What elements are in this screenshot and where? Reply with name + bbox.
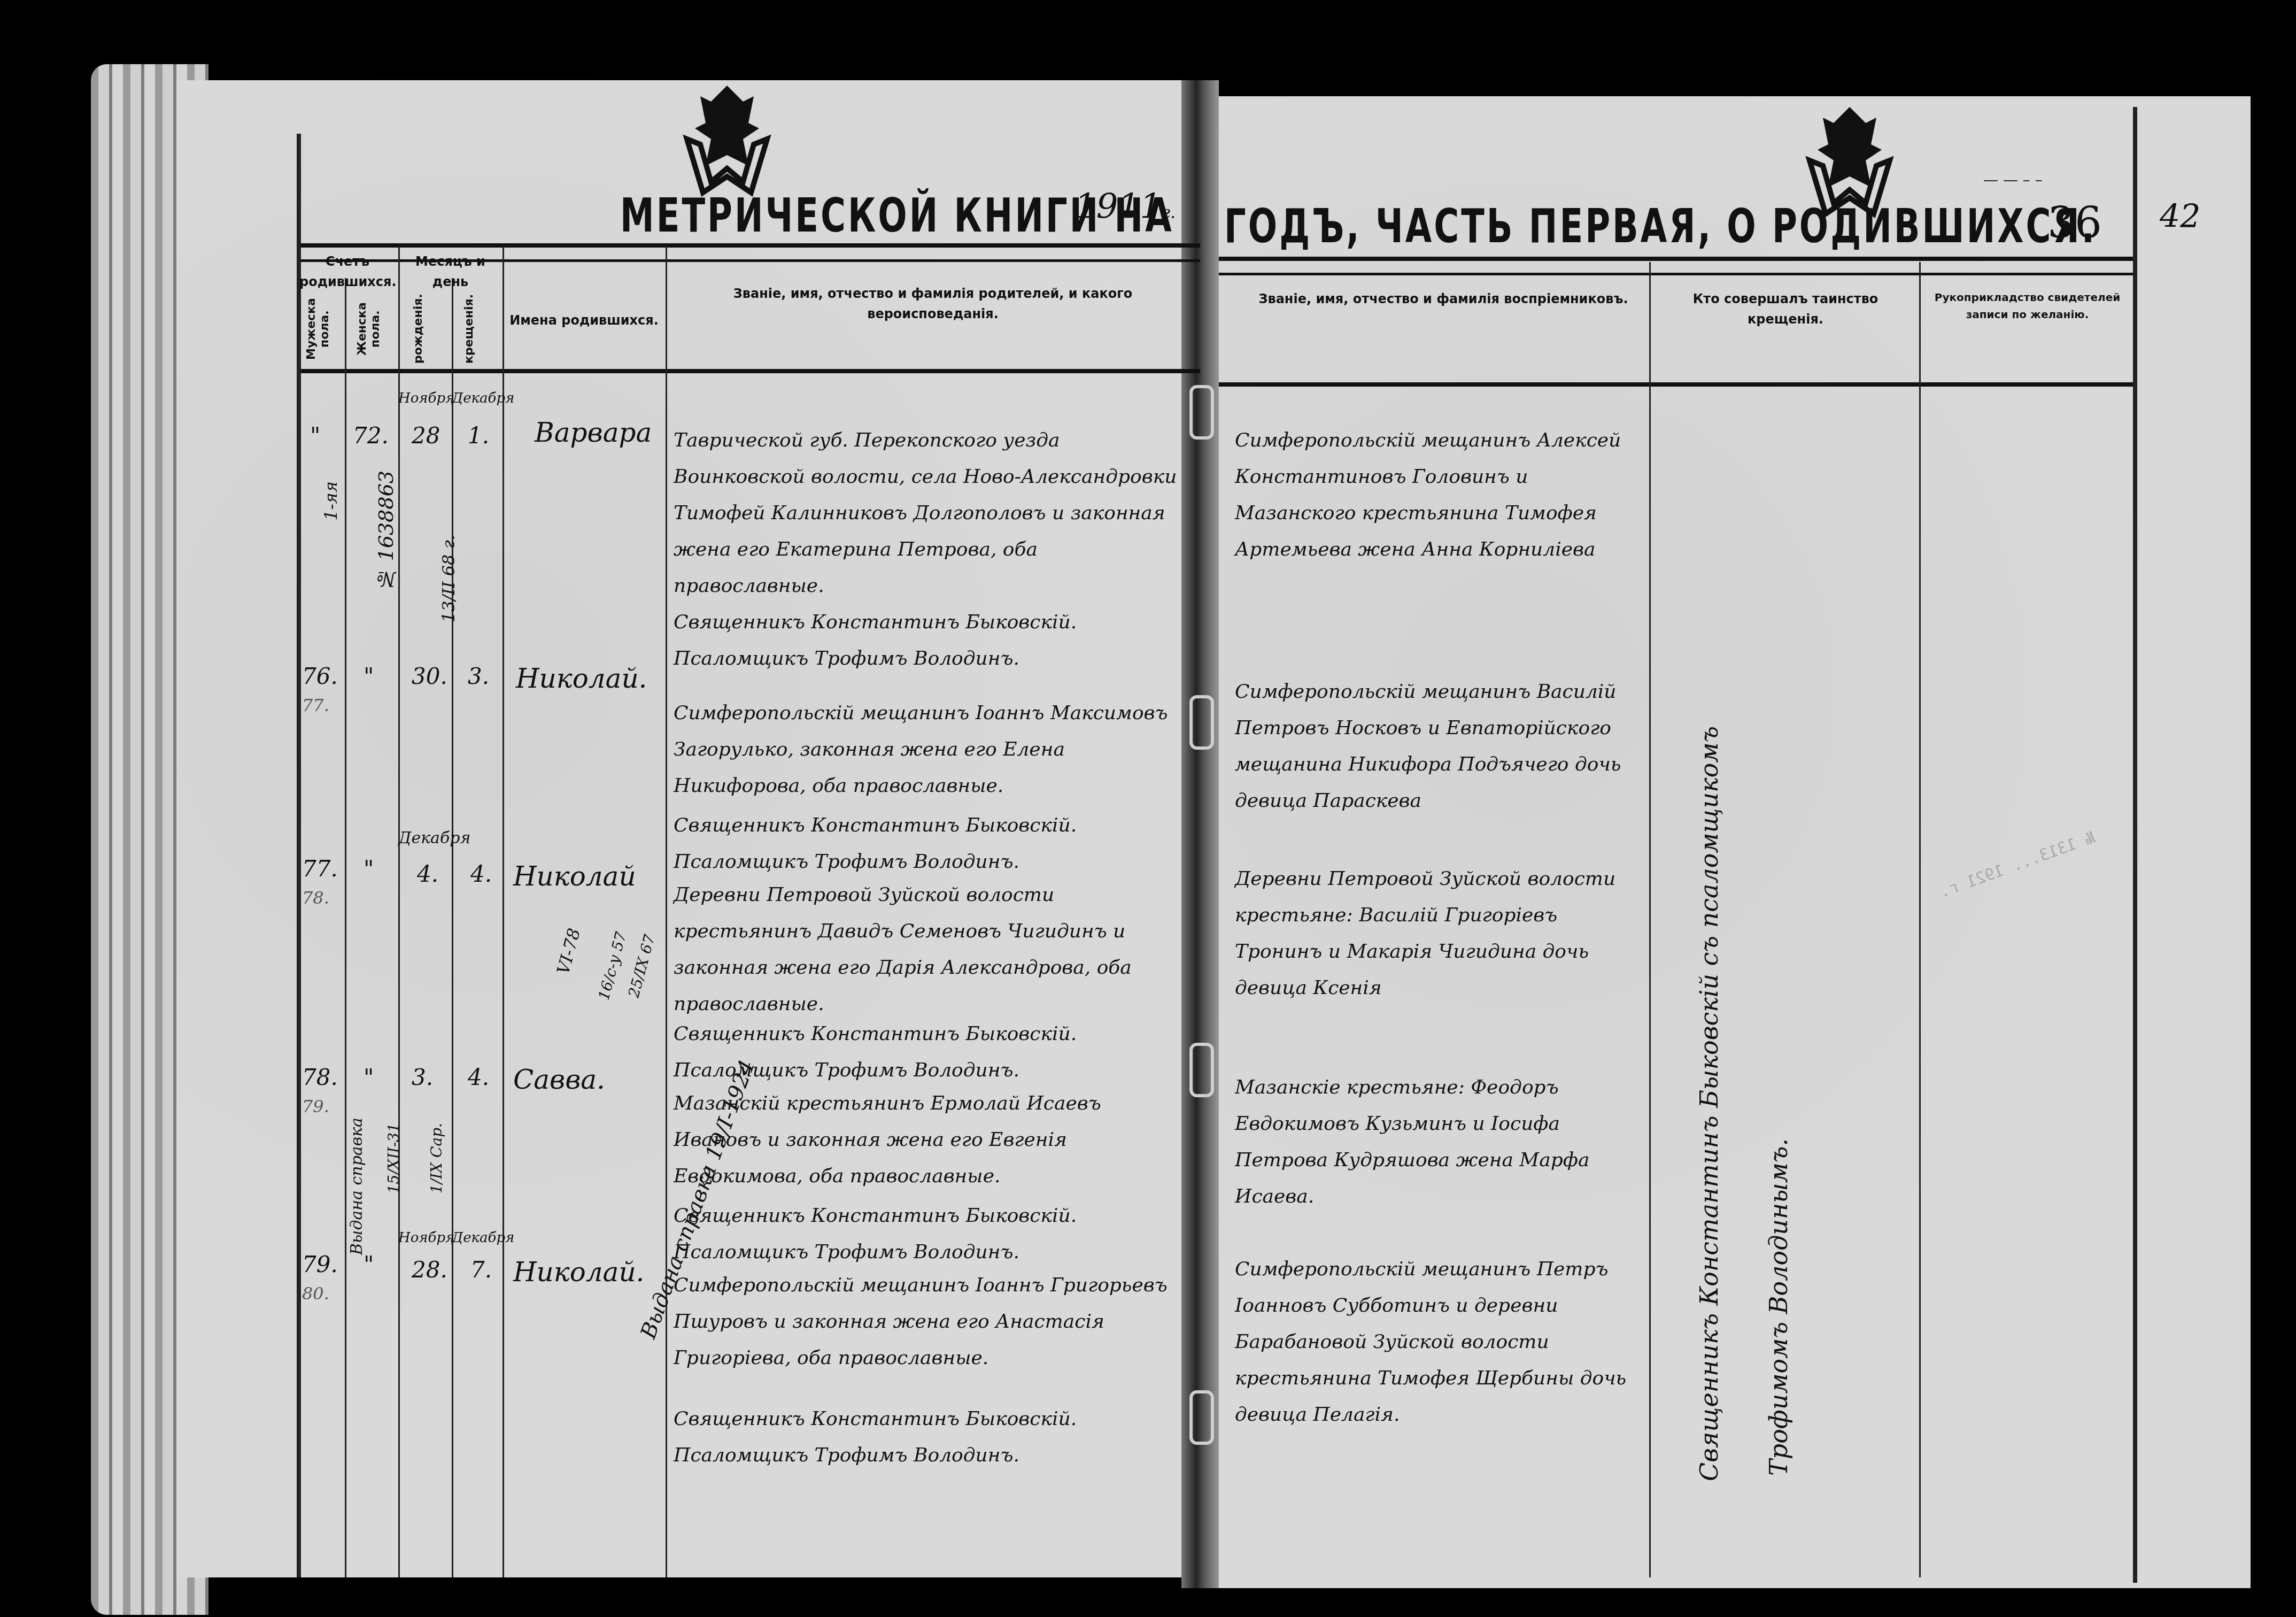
godparents-text: Деревни Петровой Зуйской волости крестья… [1235,861,1641,1006]
performed-by-line1: Священникъ Константинъ Быковскій съ псал… [1695,385,1723,1481]
col-divider [345,278,346,1577]
female-count: 72. [353,422,389,449]
margin-note: Выдана справка [347,1118,366,1255]
header-performed-by: Кто совершалъ таинство крещенія. [1657,289,1914,330]
baptism-month: Декабря [452,1230,514,1246]
header-count-female: Женска пола. [355,289,382,369]
header-bottom-rule-left [297,369,1200,376]
binding-string [1189,385,1214,440]
baptism-day: 3. [468,663,489,689]
female-count: " [364,1251,374,1277]
female-count: " [364,856,374,882]
header-bottom-rule-right [1219,382,2133,390]
col-divider [452,278,453,1577]
binding-string [1189,1043,1214,1097]
male-count-pencil: 77. [302,695,329,715]
header-child-name: Имена родившихся. [505,310,663,330]
margin-note: 15/XII-31 [385,1123,403,1193]
male-count-pencil: 78. [302,888,329,908]
clergy-text: Священникъ Константинъ Быковскій. Псалом… [674,807,1181,880]
clergy-text: Священникъ Константинъ Быковскій. Псалом… [674,604,1181,677]
birth-month: Ноября [398,390,454,406]
margin-note: № 1638863 [374,471,398,591]
parents-text: Таврической губ. Перекопского уезда Воин… [674,422,1181,604]
col-divider [1649,262,1651,1577]
col-divider [666,246,667,1577]
col-divider [398,246,400,1577]
performed-by-line2: Трофимомъ Володинымъ. [1764,1005,1793,1476]
binding-string [1189,695,1214,750]
top-dashes: — — – – [1983,171,2043,189]
baptism-day: 1. [468,422,489,449]
child-name: Николай. [513,1257,645,1288]
birth-day: 28. [412,1257,447,1283]
header-witness: Рукоприкладство свидетелей записи по жел… [1924,289,2130,323]
male-count: " [310,422,320,449]
child-name: Николай. [516,663,647,694]
header-date: Месяцъ и день [401,251,500,292]
birth-day: 4. [417,861,438,887]
year-value: 1911 [1074,187,1162,227]
male-count: 78. [302,1064,338,1090]
female-count: " [364,1064,374,1090]
corner-mark: 42 [2160,198,2200,235]
col-divider [1919,262,1921,1577]
header-rule-right [1219,257,2133,275]
godparents-text: Симферопольскій мещанинъ Алексей Констан… [1235,422,1641,568]
godparents-text: Симферопольскій мещанинъ Петръ Іоанновъ … [1235,1251,1641,1433]
parents-text: Симферопольскій мещанинъ Іоаннъ Григорье… [674,1267,1181,1376]
baptism-day: 4. [470,861,492,887]
female-count: " [364,663,374,689]
male-count: 79. [302,1251,338,1277]
header-parents: Званіе, имя, отчество и фамилія родителе… [674,283,1192,325]
baptism-month: Декабря [452,390,514,406]
clergy-text: Священникъ Константинъ Быковскій. Псалом… [674,1198,1181,1270]
godparents-text: Мазанскіе крестьяне: Феодоръ Евдокимовъ … [1235,1069,1641,1215]
margin-note: 1-яя [321,481,341,521]
right-page-border [2133,107,2137,1583]
godparents-text: Симферопольскій мещанинъ Василій Петровъ… [1235,674,1641,819]
col-divider [503,246,504,1577]
binding-string [1189,1390,1214,1445]
male-count-pencil: 79. [302,1096,329,1116]
header-date-baptism: крещенія. [462,289,476,369]
margin-note: 13/II 68 г. [438,535,459,622]
birth-month: Ноября [398,1230,454,1246]
child-name: Савва. [513,1064,605,1095]
header-godparents: Званіе, имя, отчество и фамилія воспріем… [1246,289,1641,309]
page-number: 36 [2047,198,2102,248]
parents-text: Мазанскій крестьянинъ Ермолай Исаевъ Ива… [674,1085,1181,1195]
baptism-day: 4. [468,1064,489,1090]
birth-day: 28 [412,422,440,449]
imperial-eagle-crest-icon [679,80,775,203]
child-name: Николай [513,861,636,892]
title-year: 1911г. [1074,187,1176,227]
parents-text: Деревни Петровой Зуйской волости крестья… [674,877,1181,1022]
male-count: 76. [302,663,338,689]
header-date-birth: рожденія. [412,289,425,369]
clergy-text: Священникъ Константинъ Быковскій. Псалом… [674,1401,1181,1474]
birth-day: 3. [412,1064,433,1090]
birth-day: 30. [412,663,447,689]
baptism-day: 7. [470,1257,492,1283]
child-name: Варвара [535,417,652,448]
header-count: Счетъ родившихся. [299,251,396,292]
header-count-male: Мужеска пола. [305,289,331,369]
birth-month: Декабря [398,829,470,848]
margin-note: 1/IX Сар. [428,1123,445,1193]
male-count-pencil: 80. [302,1283,329,1304]
title-right: ГОДЪ, ЧАСТЬ ПЕРВАЯ, О РОДИВШИХСЯ. [1224,201,2097,254]
year-suffix: г. [1162,202,1176,222]
male-count: 77. [302,856,338,882]
left-page-border [297,134,301,1577]
parents-text: Симферопольскій мещанинъ Іоаннъ Максимов… [674,695,1181,804]
